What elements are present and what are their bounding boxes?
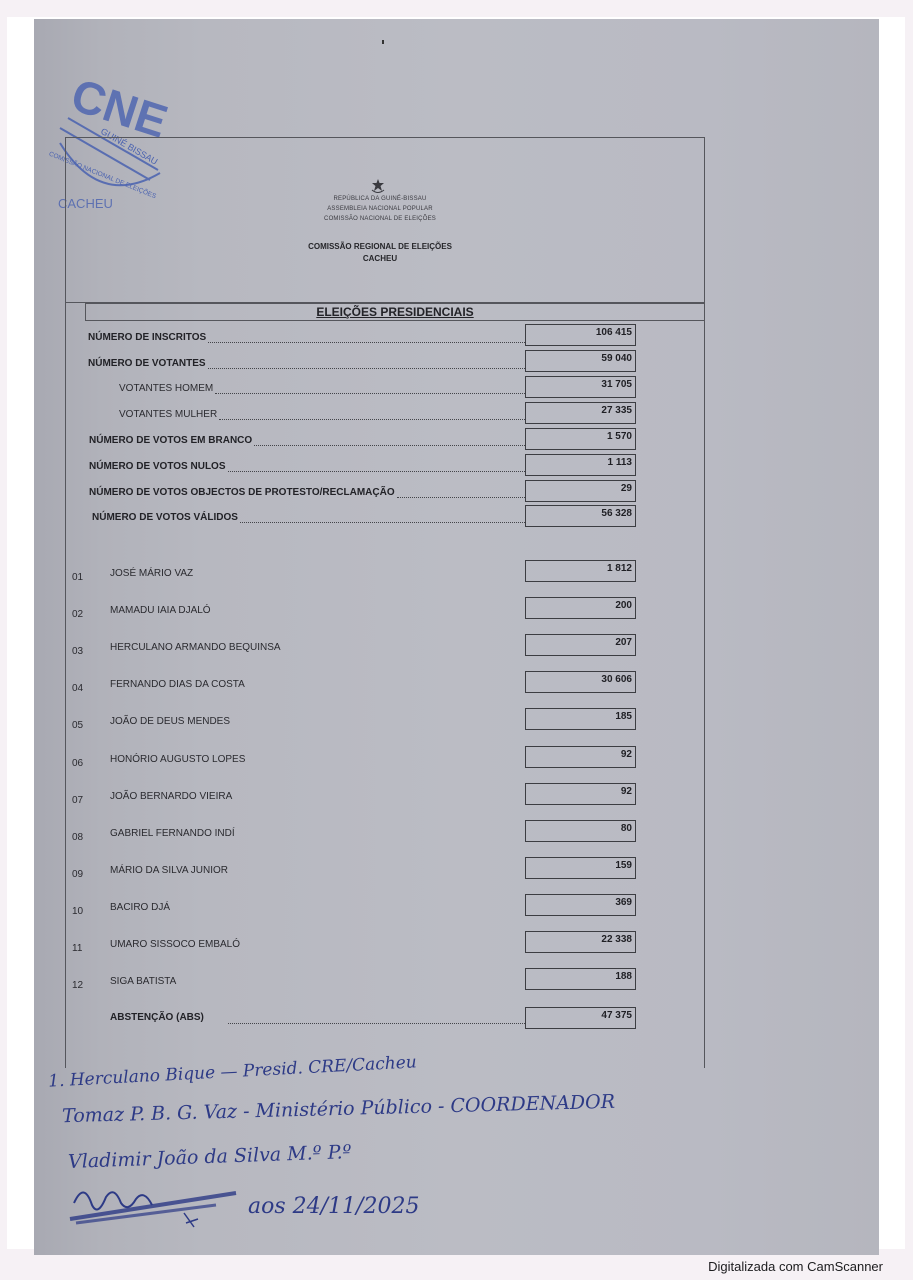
candidate-number: 01	[72, 572, 83, 583]
summary-value: 56 328	[525, 505, 636, 527]
candidate-number: 09	[72, 869, 83, 880]
candidate-votes: 80	[525, 820, 636, 842]
candidate-name: HONÓRIO AUGUSTO LOPES	[110, 754, 245, 765]
candidate-number: 08	[72, 832, 83, 843]
header-regional-commission: COMISSÃO REGIONAL DE ELEIÇÕES	[280, 242, 480, 251]
summary-label: NÚMERO DE VOTOS OBJECTOS DE PROTESTO/REC…	[89, 487, 395, 498]
candidate-number: 04	[72, 683, 83, 694]
summary-value: 31 705	[525, 376, 636, 398]
candidate-name: JOÃO BERNARDO VIEIRA	[110, 791, 232, 802]
candidate-votes: 159	[525, 857, 636, 879]
dotted-leader	[219, 419, 525, 420]
header-region: CACHEU	[280, 254, 480, 263]
summary-value: 1 113	[525, 454, 636, 476]
dotted-leader	[254, 445, 525, 446]
candidate-name: MÁRIO DA SILVA JUNIOR	[110, 865, 228, 876]
candidate-votes: 22 338	[525, 931, 636, 953]
summary-label: VOTANTES HOMEM	[119, 383, 213, 394]
candidate-votes: 207	[525, 634, 636, 656]
candidate-votes: 92	[525, 746, 636, 768]
document-title: ELEIÇÕES PRESIDENCIAIS	[85, 303, 704, 321]
header-assembly: ASSEMBLEIA NACIONAL POPULAR	[290, 206, 470, 212]
candidate-name: FERNANDO DIAS DA COSTA	[110, 679, 245, 690]
summary-value: 27 335	[525, 402, 636, 424]
summary-label: NÚMERO DE INSCRITOS	[88, 332, 206, 343]
candidate-votes: 30 606	[525, 671, 636, 693]
signature-date: aos 24/11/2025	[248, 1194, 419, 1219]
candidate-votes: 200	[525, 597, 636, 619]
candidate-name: BACIRO DJÁ	[110, 902, 170, 913]
candidate-votes: 92	[525, 783, 636, 805]
dotted-leader	[228, 1023, 525, 1024]
candidate-number: 07	[72, 795, 83, 806]
camscanner-footer: Digitalizada com CamScanner	[708, 1259, 883, 1274]
dotted-leader	[208, 342, 525, 343]
signature-scribble-icon	[66, 1175, 241, 1230]
speck	[382, 40, 384, 44]
candidate-number: 12	[72, 980, 83, 991]
candidate-number: 11	[72, 943, 82, 954]
candidate-name: HERCULANO ARMANDO BEQUINSA	[110, 642, 281, 653]
summary-label: NÚMERO DE VOTOS NULOS	[89, 461, 226, 472]
candidate-votes: 369	[525, 894, 636, 916]
dotted-leader	[228, 471, 525, 472]
header-national-commission: COMISSÃO NACIONAL DE ELEIÇÕES	[290, 216, 470, 222]
dotted-leader	[208, 368, 525, 369]
candidate-name: MAMADU IAIA DJALÓ	[110, 605, 211, 616]
candidate-number: 06	[72, 758, 83, 769]
summary-label: NÚMERO DE VOTOS VÁLIDOS	[92, 512, 238, 523]
abstention-label: ABSTENÇÃO (ABS)	[110, 1012, 204, 1023]
candidate-name: JOÃO DE DEUS MENDES	[110, 716, 230, 727]
candidate-number: 03	[72, 646, 83, 657]
candidate-name: JOSÉ MÁRIO VAZ	[110, 568, 193, 579]
candidate-number: 10	[72, 906, 83, 917]
candidate-name: SIGA BATISTA	[110, 976, 176, 987]
summary-value: 1 570	[525, 428, 636, 450]
summary-label: VOTANTES MULHER	[119, 409, 217, 420]
dotted-leader	[397, 497, 525, 498]
candidate-name: UMARO SISSOCO EMBALÓ	[110, 939, 240, 950]
summary-label: NÚMERO DE VOTANTES	[88, 358, 206, 369]
candidate-votes: 1 812	[525, 560, 636, 582]
title-text: ELEIÇÕES PRESIDENCIAIS	[316, 305, 473, 319]
summary-label: NÚMERO DE VOTOS EM BRANCO	[89, 435, 252, 446]
candidate-number: 02	[72, 609, 83, 620]
header-country: REPÚBLICA DA GUINÉ-BISSAU	[290, 196, 470, 202]
summary-value: 29	[525, 480, 636, 502]
coat-of-arms-icon	[370, 178, 386, 194]
candidate-name: GABRIEL FERNANDO INDÍ	[110, 828, 235, 839]
candidate-number: 05	[72, 720, 83, 731]
candidate-votes: 185	[525, 708, 636, 730]
summary-value: 59 040	[525, 350, 636, 372]
dotted-leader	[240, 522, 525, 523]
summary-value: 106 415	[525, 324, 636, 346]
abstention-value: 47 375	[525, 1007, 636, 1029]
candidate-votes: 188	[525, 968, 636, 990]
dotted-leader	[215, 393, 525, 394]
